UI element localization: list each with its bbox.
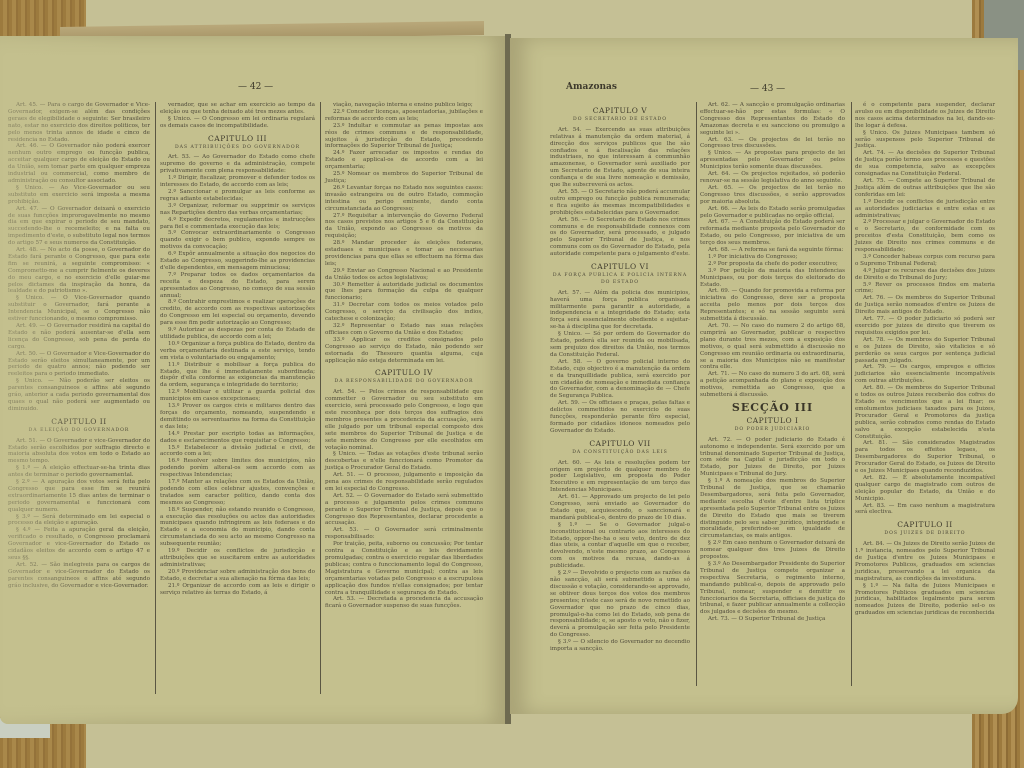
article-paragraph: 16.º Resolver sobre limites dos municipi… <box>160 458 315 479</box>
article-paragraph: Art. 54. — Pelos crimes de responsabilid… <box>325 389 483 451</box>
article-paragraph: Art. 55. — O Secretario não poderá accum… <box>550 189 690 217</box>
right-page-column-1: CAPITULO VDO SECRETARIO DE ESTADOArt. 54… <box>550 102 690 702</box>
article-paragraph: 27.º Requisitar a intervenção do Governo… <box>325 213 483 241</box>
article-paragraph: Art. 76. — Os membros do Superior Tribun… <box>855 295 995 316</box>
article-paragraph: Art. 54. — Exercendo as suas attribuiçõe… <box>550 127 690 189</box>
chapter-subtitle: DA CONSTITUIÇÃO DAS LEIS <box>550 450 690 457</box>
article-paragraph: § Unico. — O Vice-Governador quando subs… <box>8 295 150 323</box>
right-page: Amazonas — 43 — CAPITULO VDO SECRETARIO … <box>510 38 1018 714</box>
article-paragraph: Art. 72. — O poder judiciario do Estado … <box>700 437 845 478</box>
article-paragraph: Art. 52. — São inelegiveis para os cargo… <box>8 562 150 590</box>
right-page-column-2: Art. 62. — A sancção e promulgação ordin… <box>700 102 845 702</box>
article-paragraph: 11.º Distribuir e mobilisar a força publ… <box>160 362 315 390</box>
article-paragraph: Art. 63. — Os projectos de lei terão no … <box>700 137 845 151</box>
article-paragraph: § Unico. Os Juizes Municipaes tambem só … <box>855 130 995 151</box>
article-paragraph: 14.º Prestar por escripto todas as infor… <box>160 431 315 445</box>
article-paragraph: 22.º Conceder licenças, aposentadorias, … <box>325 109 483 123</box>
article-paragraph: 1.º Decidir os conflictos de jurisdicção… <box>855 199 995 220</box>
chapter-subtitle: DA RESPONSABILIDADE DO GOVERNADOR <box>325 379 483 386</box>
article-paragraph: § 1.º — Se o Governador julgal-o inconst… <box>550 522 690 570</box>
article-paragraph: Art. 53. — O Governador será criminalmen… <box>325 527 483 541</box>
article-paragraph: Por traição, peita, suborno ou concussão… <box>325 541 483 596</box>
article-paragraph: Art. 84. — Os Juizes de Direito serão Ju… <box>855 541 995 582</box>
article-paragraph: § Unico. — Ao Vice-Governador ou seu sub… <box>8 185 150 206</box>
article-paragraph: 1.º Por iniciativa do Congresso; <box>700 254 845 261</box>
article-paragraph: Art. 56. — O Secretario de Estado nos cr… <box>550 217 690 258</box>
article-paragraph: 6.º Expôr annualmente a situação dos neg… <box>160 251 315 272</box>
chapter-heading: CAPITULO II <box>855 522 995 529</box>
article-paragraph: Art. 53. — Decretada a procedencia da ac… <box>325 596 483 610</box>
article-paragraph: Art. 64. — Os projectos rejeitados, só p… <box>700 171 845 185</box>
article-paragraph: Art. 81. — São considerados Magistrados … <box>855 440 995 475</box>
article-paragraph: Art. 82. — É absolutamente incompatível … <box>855 475 995 503</box>
article-paragraph: 33.º Applicar os creditos consignados pe… <box>325 337 483 365</box>
article-paragraph: § 2.º Em caso nenhum o Governador deixar… <box>700 540 845 561</box>
article-paragraph: 21.º Organizar de accordo com as leis e … <box>160 583 315 597</box>
article-paragraph: Art. 53. — Ao Governador do Estado como … <box>160 154 315 175</box>
article-paragraph: 31.º Decretar com todos os meios votados… <box>325 302 483 323</box>
article-paragraph: Art. 79. — Os cargos, empregos e officio… <box>855 364 995 385</box>
section-heading: SECÇÃO III <box>700 405 845 412</box>
running-title: Amazonas <box>566 82 617 92</box>
article-paragraph: 23.º Indultar e commutar as penas impost… <box>325 123 483 151</box>
article-paragraph: § 3.º — O silencio do Governador no dece… <box>550 639 690 653</box>
article-paragraph: 30.º Remetter á autoridade judicial os d… <box>325 282 483 303</box>
chapter-subtitle: DOS JUIZES DE DIREITO <box>855 531 995 538</box>
chapter-heading: CAPITULO I <box>700 418 845 425</box>
article-paragraph: 32.º Representar o Estado nas suas relaç… <box>325 323 483 337</box>
article-paragraph: Art. 62. — A sancção e promulgação ordin… <box>700 102 845 137</box>
article-paragraph: Art. 74. — As decisões do Superior Tribu… <box>855 150 995 178</box>
article-paragraph: 4.º Expedir decretos, regulamentos e ins… <box>160 217 315 231</box>
chapter-subtitle: DAS ATTRIBUIÇÕES DO GOVERNADOR <box>160 145 315 152</box>
article-paragraph: é o competente para suspender, declarar … <box>855 102 995 130</box>
article-paragraph: § 1.º — A eleição effectuar-se-ha trinta… <box>8 465 150 479</box>
article-paragraph: § 1.º — Na falta de Juizes Municipaes e … <box>855 583 995 618</box>
article-paragraph: 3.º Organizar, reformar ou supprimir os … <box>160 203 315 217</box>
article-paragraph: Art. 47. — O Governador deixará o exerci… <box>8 206 150 247</box>
article-paragraph: Art. 83. — Em caso nenhum a magistratura… <box>855 503 995 517</box>
chapter-heading: CAPITULO VII <box>550 441 690 448</box>
article-paragraph: Art. 46. — O Governador não poderá exerc… <box>8 143 150 184</box>
article-paragraph: 26.º Levantar forças no Estado nos segui… <box>325 185 483 213</box>
article-paragraph: § 2.º — A apuração dos votos será feita … <box>8 479 150 514</box>
article-paragraph: Art. 61. — Approvado um projecto de lei … <box>550 494 690 522</box>
left-page: — 42 — Art. 45. — Para o cargo de Govern… <box>0 36 508 724</box>
article-paragraph: Art. 71. — No caso do numero 3 do art. 6… <box>700 371 845 399</box>
chapter-heading: CAPITULO II <box>8 419 150 426</box>
column-rule <box>696 102 697 686</box>
article-paragraph: Art. 51. — O processo, julgamento e impo… <box>325 472 483 493</box>
page-number-left: — 42 — <box>238 82 273 92</box>
article-paragraph: Art. 45. — Para o cargo de Governador e … <box>8 102 150 143</box>
chapter-heading: CAPITULO V <box>550 108 690 115</box>
article-paragraph: 25.º Nomear os membros do Superior Tribu… <box>325 171 483 185</box>
article-paragraph: § Unico. — Só por ordem do Governador do… <box>550 331 690 359</box>
article-paragraph: 18.º Suspender, não estando reunido o Co… <box>160 507 315 548</box>
chapter-subtitle: DO SECRETARIO DE ESTADO <box>550 117 690 124</box>
article-paragraph: § 4.º — Feita a apuração geral da eleiçã… <box>8 527 150 562</box>
article-paragraph: § 3.º — Será determinado em lei especial… <box>8 514 150 528</box>
article-paragraph: 12.º Mobilisar e utilizar a guarda polic… <box>160 389 315 403</box>
article-paragraph: 1.º Dirigir, fiscalizar, promover e defe… <box>160 175 315 189</box>
article-paragraph: Art. 80. — Os membros do Superior Tribun… <box>855 385 995 440</box>
article-paragraph: 19.º Decidir os conflictos de jurisdicçã… <box>160 548 315 569</box>
article-paragraph: Art. 66. — As leis do Estado serão promu… <box>700 206 845 220</box>
article-paragraph: 3.º Conceder habeas corpus com recurso p… <box>855 254 995 268</box>
article-paragraph: § Unico. — Todas as votações d'este trib… <box>325 451 483 472</box>
chapter-subtitle: DA ELEIÇÃO DO GOVERNADOR <box>8 428 150 435</box>
article-paragraph: Art. 68. — A reforma se fará da seguinte… <box>700 247 845 254</box>
article-paragraph: Art. 57. — Além da policia dos municipio… <box>550 290 690 331</box>
article-paragraph: Art. 48. — No acto da posse, o Governado… <box>8 247 150 295</box>
article-paragraph: § 3.º Ao Desembargador Presidente do Sup… <box>700 561 845 616</box>
article-paragraph: § 2.º — Devolvido o projecto com as razõ… <box>550 570 690 639</box>
article-paragraph: 10.º Organizar a força publica do Estado… <box>160 341 315 362</box>
article-paragraph: 29.º Enviar ao Congresso Nacional e ao P… <box>325 268 483 282</box>
article-paragraph: 17.º Manter as relações com os Estados d… <box>160 479 315 507</box>
article-paragraph: 13.º Prover os cargos civis e militares … <box>160 403 315 431</box>
article-paragraph: § Unico. — As propostas para projecto de… <box>700 150 845 171</box>
left-page-column-3: viação, navegação interna e ensino publi… <box>325 102 483 702</box>
article-paragraph: Art. 52. — O Governador do Estado será s… <box>325 493 483 528</box>
article-paragraph: Art. 58. — O governo policial interno do… <box>550 359 690 400</box>
article-paragraph: § Unico. — O Congresso em lei ordinaria … <box>160 116 315 130</box>
article-paragraph: Art. 50. — O Governador e Vice-Governado… <box>8 351 150 379</box>
article-paragraph: Art. 60. — As leis e resoluções podem te… <box>550 460 690 495</box>
article-paragraph: viação, navegação interna e ensino publi… <box>325 102 483 109</box>
article-paragraph: 2.º Por proposta da chefe do poder execu… <box>700 261 845 268</box>
chapter-heading: CAPITULO IV <box>325 370 483 377</box>
article-paragraph: Art. 51. — O Governador e vice-Governado… <box>8 438 150 466</box>
article-paragraph: 9.º Autorizar as despezas por conta do E… <box>160 327 315 341</box>
article-paragraph: 4.º Julgar os recursos das decisões dos … <box>855 268 995 282</box>
chapter-subtitle: DA FORÇA PUBLICA E POLICIA INTERNA DO ES… <box>550 273 690 287</box>
article-paragraph: 3.º Por petição da maioria das Intendenc… <box>700 268 845 289</box>
article-paragraph: Art. 77. — O poder judiciario só poderá … <box>855 316 995 337</box>
column-rule <box>155 102 156 694</box>
chapter-subtitle: DO PODER JUDICIARIO <box>700 427 845 434</box>
chapter-heading: CAPITULO III <box>160 136 315 143</box>
article-paragraph: § Unico. — Não poderão ser eleitos os pa… <box>8 378 150 413</box>
article-paragraph: vernador, que se achar em exercicio ao t… <box>160 102 315 116</box>
article-paragraph: Art. 75. — Compete ao Superior Tribunal … <box>855 178 995 199</box>
article-paragraph: Art. 70. — No caso do numero 2 do artigo… <box>700 323 845 371</box>
article-paragraph: § 1.º A nomeação dos membros do Superior… <box>700 478 845 540</box>
article-paragraph: Art. 59. — Os officiaes e praças, pelas … <box>550 400 690 435</box>
article-paragraph: Art. 49. — O Governador residirá na capi… <box>8 323 150 351</box>
chapter-heading: CAPITULO VI <box>550 264 690 271</box>
article-paragraph: Art. 78. — Os membros do Superior Tribun… <box>855 337 995 365</box>
article-paragraph: Art. 65. — Os projectos de lei terão no … <box>700 185 845 206</box>
article-paragraph: 2.º Sanccionar e promulgar as leis confo… <box>160 189 315 203</box>
article-paragraph: 5.º Convocar extraordinariamente o Congr… <box>160 230 315 251</box>
article-paragraph: 20.º Providenciar sobre administração do… <box>160 569 315 583</box>
right-page-column-3: é o competente para suspender, declarar … <box>855 102 995 702</box>
column-rule <box>851 102 852 686</box>
article-paragraph: 28.º Mandar proceder ás eleições federae… <box>325 240 483 268</box>
article-paragraph: 7.º Preparar todos os dados orçamentario… <box>160 272 315 300</box>
article-paragraph: 2.º Processar e julgar o Governador do E… <box>855 219 995 254</box>
article-paragraph: Art. 69. — Quando for promovida a reform… <box>700 288 845 323</box>
article-paragraph: 8.º Contrahir emprestimos e realizar ope… <box>160 299 315 327</box>
column-rule <box>320 102 321 694</box>
article-paragraph: 15.º Estabelecer a divisão judicial e ci… <box>160 445 315 459</box>
page-number-right: — 43 — <box>750 84 785 94</box>
article-paragraph: 5.º Rever os processos findos em materia… <box>855 282 995 296</box>
article-paragraph: Art. 67. — A Constituição do Estado pode… <box>700 219 845 247</box>
left-page-column-2: vernador, que se achar em exercicio ao t… <box>160 102 315 702</box>
left-page-column-1: Art. 45. — Para o cargo de Governador e … <box>8 102 150 702</box>
article-paragraph: Art. 73. — O Superior Tribunal de Justiç… <box>700 616 845 623</box>
article-paragraph: 24.º Fazer arrecadar os impostos e renda… <box>325 150 483 171</box>
